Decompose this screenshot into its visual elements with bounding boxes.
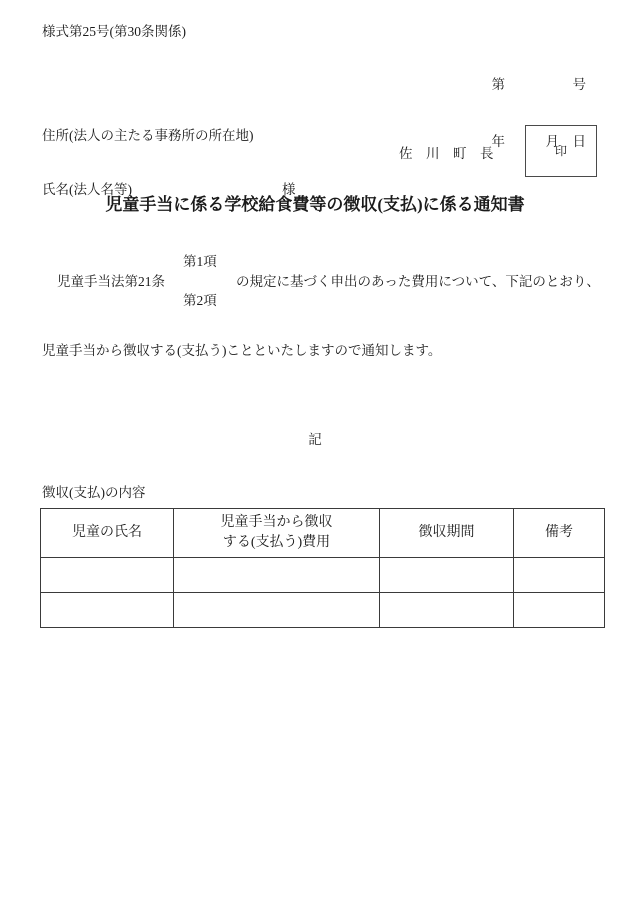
- law-clause-2: 第2項: [183, 293, 217, 309]
- law-subject: 児童手当法第21条: [57, 274, 165, 290]
- table-cell-empty: [514, 558, 605, 593]
- mayor-name: 佐 川 町 長: [399, 146, 494, 162]
- law-continuation: の規定に基づく申出のあった費用について、下記のとおり、: [236, 274, 600, 290]
- table-cell-empty: [380, 593, 514, 628]
- col-header-child-name: 児童の氏名: [41, 509, 174, 558]
- table-caption: 徴収(支払)の内容: [42, 485, 146, 501]
- table-cell-empty: [41, 558, 174, 593]
- table-cell-empty: [174, 558, 380, 593]
- table-row: [41, 558, 605, 593]
- col-header-fee-line1: 児童手当から徴収: [221, 515, 333, 530]
- seal-label: 印: [555, 144, 567, 158]
- fee-table: 児童の氏名 児童手当から徴収する(支払う)費用 徴収期間 備考: [40, 508, 605, 628]
- table-cell-empty: [174, 593, 380, 628]
- table-cell-empty: [514, 593, 605, 628]
- document-title: 児童手当に係る学校給食費等の徴収(支払)に係る通知書: [0, 195, 630, 215]
- form-number: 様式第25号(第30条関係): [42, 24, 186, 40]
- col-header-remarks: 備考: [514, 509, 605, 558]
- col-header-period: 徴収期間: [380, 509, 514, 558]
- table-row: [41, 593, 605, 628]
- notice-line: 児童手当から徴収する(支払う)ことといたしますので通知します。: [42, 343, 441, 359]
- document-page: 様式第25号(第30条関係) 第 号 年 月 日 住所(法人の主たる事務所の所在…: [0, 0, 630, 903]
- fee-table-header-row: 児童の氏名 児童手当から徴収する(支払う)費用 徴収期間 備考: [41, 509, 605, 558]
- recipient-address: 住所(法人の主たる事務所の所在地): [42, 127, 296, 145]
- seal-box: 印: [525, 125, 597, 177]
- table-cell-empty: [41, 593, 174, 628]
- law-clause-1: 第1項: [183, 254, 217, 270]
- col-header-fee-line2: する(支払う)費用: [223, 535, 330, 550]
- table-cell-empty: [380, 558, 514, 593]
- record-marker: 記: [0, 432, 630, 448]
- col-header-fee: 児童手当から徴収する(支払う)費用: [174, 509, 380, 558]
- issue-number-line: 第 号: [492, 75, 587, 94]
